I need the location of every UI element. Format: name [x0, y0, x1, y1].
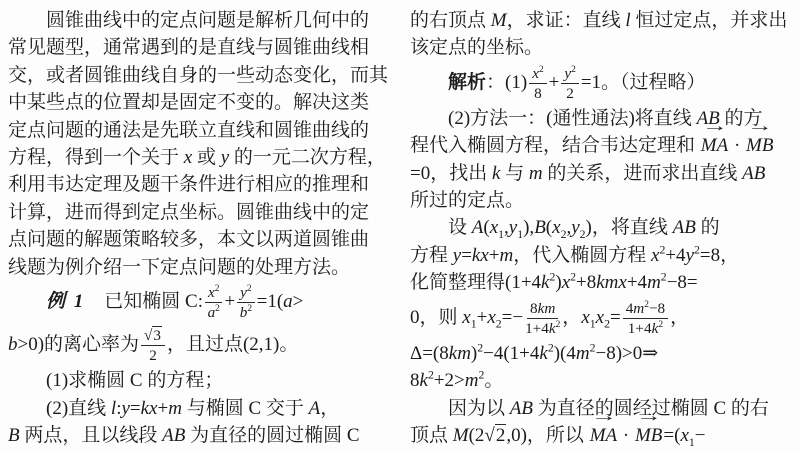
text-line: B 两点，且以线段 AB 为直径的圆过椭圆 C	[8, 422, 393, 449]
text-line: 0，则 x1+x2=−8km1+4k2，x1x2=4m2−81+4k2，	[410, 297, 795, 340]
text-line: (2)直线 l:y=kx+m 与椭圆 C 交于 A，	[8, 395, 393, 422]
text-line: 中某些点的位置却是固定不变的。解决这类	[8, 89, 393, 116]
text-line: 线题为例介绍一下定点问题的处理方法。	[8, 254, 393, 281]
text-line: b>0)的离心率为√32，且过点(2,1)。	[8, 324, 393, 367]
text-line: 程代入椭圆方程，结合韦达定理和 MA · MB	[410, 132, 795, 159]
text-line: (1)求椭圆 C 的方程；	[8, 367, 393, 394]
text-line: 解析：(1)x28+y22=1。（过程略）	[410, 62, 795, 105]
article-page: 圆锥曲线中的定点问题是解析几何中的常见题型，通常遇到的是直线与圆锥曲线相交，或者…	[0, 0, 800, 449]
text-line: 化简整理得(1+4k2)x2+8kmx+4m2−8=	[410, 269, 795, 296]
text-line: 计算，进而得到定点坐标。圆锥曲线中的定	[8, 199, 393, 226]
text-line: 顶点 M(2√2,0)，所以 MA · MB=(x1−	[410, 422, 795, 449]
text-line: 该定点的坐标。	[410, 34, 795, 61]
left-column: 圆锥曲线中的定点问题是解析几何中的常见题型，通常遇到的是直线与圆锥曲线相交，或者…	[8, 7, 393, 449]
text-line: 例 1 已知椭圆 C:x2a2+y2b2=1(a>	[8, 281, 393, 324]
text-line: 点问题的解题策略较多，本文以两道圆锥曲	[8, 226, 393, 253]
text-line: 方程 y=kx+m，代入椭圆方程 x2+4y2=8，	[410, 242, 795, 269]
text-line: 定点问题的通法是先联立直线和圆锥曲线的	[8, 117, 393, 144]
text-line: 设 A(x1,y1),B(x2,y2)，将直线 AB 的	[410, 214, 795, 241]
text-line: 利用韦达定理及题干条件进行相应的推理和	[8, 171, 393, 198]
right-column: 的右顶点 M，求证：直线 l 恒过定点，并求出该定点的坐标。 解析：(1)x28…	[410, 7, 795, 449]
text-line: 8k2+2>m2。	[410, 367, 795, 394]
text-line: 圆锥曲线中的定点问题是解析几何中的	[8, 7, 393, 34]
text-line: 方程，得到一个关于 x 或 y 的一元二次方程，	[8, 144, 393, 171]
text-line: 交，或者圆锥曲线自身的一些动态变化，而其	[8, 62, 393, 89]
text-line: 所过的定点。	[410, 187, 795, 214]
text-line: 常见题型，通常遇到的是直线与圆锥曲线相	[8, 34, 393, 61]
text-line: Δ=(8km)2−4(1+4k2)(4m2−8)>0⇒	[410, 340, 795, 367]
text-line: 的右顶点 M，求证：直线 l 恒过定点，并求出	[410, 7, 795, 34]
text-line: =0，找出 k 与 m 的关系，进而求出直线 AB	[410, 160, 795, 187]
